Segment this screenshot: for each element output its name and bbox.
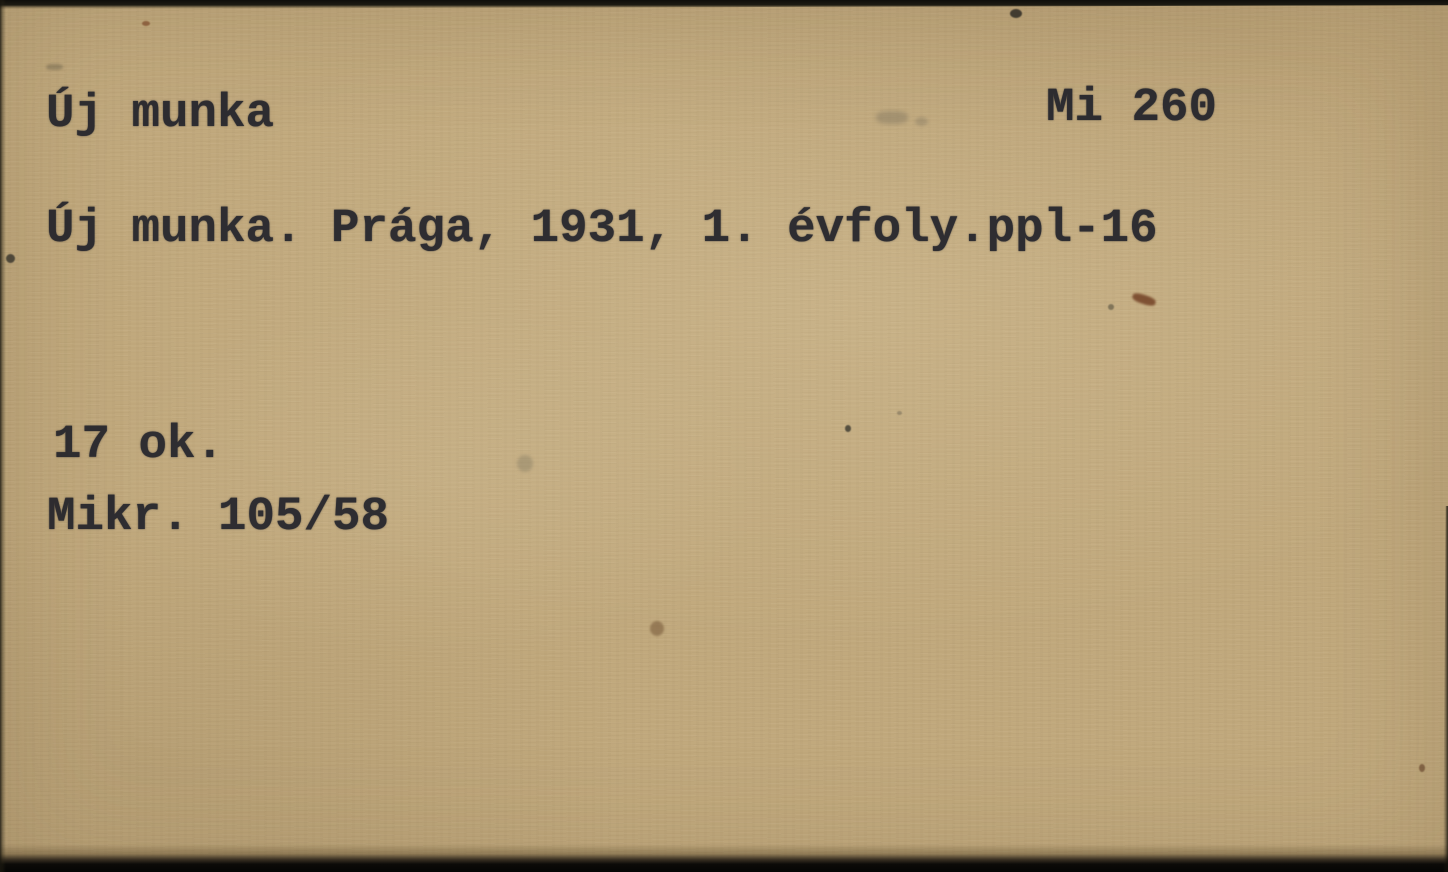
paper-speck <box>142 21 150 26</box>
catalog-card-scan: Új munka Mi 260 Új munka. Prága, 1931, 1… <box>0 0 1448 872</box>
paper-speck <box>897 411 902 415</box>
scan-edge-left <box>0 0 6 872</box>
paper-fleck <box>517 455 533 472</box>
ink-smudge <box>876 111 908 124</box>
paper-speck <box>1108 304 1114 310</box>
scan-edge-right <box>1443 506 1448 872</box>
paper-speck <box>845 425 851 432</box>
card-entry-line: Új munka. Prága, 1931, 1. évfoly.ppl-16 <box>46 205 1158 253</box>
scan-edge-bottom <box>0 844 1448 872</box>
ink-smudge <box>915 117 928 126</box>
paper-speck <box>6 254 15 263</box>
card-shelfmark: Mi 260 <box>1046 84 1217 132</box>
paper-speck <box>1419 764 1425 772</box>
card-microfilm-number: Mikr. 105/58 <box>47 493 389 541</box>
paper-stain <box>1131 292 1157 308</box>
paper-speck <box>1010 9 1022 18</box>
ink-smudge <box>46 64 63 70</box>
scan-edge-top <box>0 0 1448 9</box>
card-heading: Új munka <box>46 90 274 138</box>
card-holdings: 17 ok. <box>53 421 224 469</box>
paper-stain <box>650 621 664 636</box>
